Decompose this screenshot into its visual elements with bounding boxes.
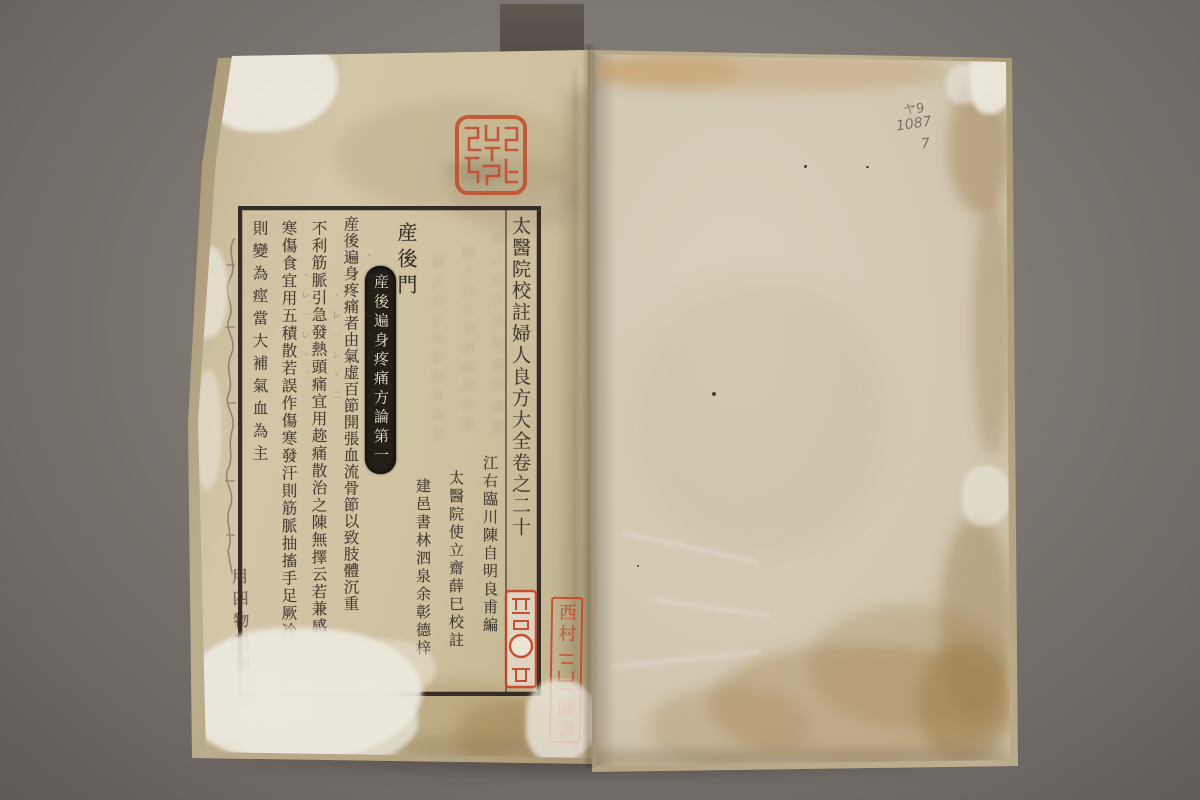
ink-speck: [866, 166, 869, 168]
photo-backdrop: 婦人良方産後論氣血虚 婦人良方産後論氣血虚 婦人良方産後論氣血虚 太醫院校註婦人…: [0, 0, 1200, 800]
byline-author: 江右臨川陳自明良甫編: [482, 455, 497, 635]
right-page: ヤ9 1087 7: [590, 46, 1010, 768]
top-foxing-band: [590, 54, 740, 86]
bottom-stain: [808, 604, 1008, 726]
volume-title: 太醫院校註婦人良方大全卷之二十: [510, 216, 529, 539]
left-page: 婦人良方産後論氣血虚 婦人良方産後論氣血虚 婦人良方産後論氣血虚 太醫院校註婦人…: [196, 40, 592, 762]
reading-marks: ヽ㆑一レ丶二: [299, 270, 308, 390]
edge-stain: [972, 196, 1012, 456]
ink-speck: [804, 165, 807, 168]
wrinkle: [610, 650, 759, 669]
section-heading: 産後門: [396, 222, 416, 300]
ink-speck: [637, 565, 639, 567]
gutter-seal-top-text: 西村: [556, 603, 575, 645]
chapter-title: 産後遍身疼痛方論第一: [373, 274, 388, 474]
ink-speck: [712, 392, 716, 396]
body-column-4: 則變為痙當大補氣血為主: [251, 220, 267, 468]
byline-editor: 太醫院使立齋薛巳校註: [448, 470, 463, 650]
cover-title-slip-tab: [500, 4, 584, 58]
pencil-mark-number: 1087: [895, 114, 933, 135]
reading-marks: ヽ㆑一レ丶二: [330, 290, 339, 410]
wrinkle: [650, 598, 769, 618]
small-rect-seal: [504, 589, 538, 689]
reading-marks: ヽ㆑一レ丶二: [362, 250, 371, 370]
worn-patch: [962, 466, 1012, 526]
center-pale-stain: [630, 276, 890, 556]
square-collector-seal: [454, 114, 528, 196]
body-column-3: 寒傷食宜用五積散若誤作傷寒發汗則筋脈抽搐手足厥冷: [280, 220, 296, 640]
body-column-1: 産後遍身疼痛者由氣虚百節開張血流骨節以致肢體沉重: [342, 216, 358, 612]
spine-gutter-shadow: [582, 44, 598, 768]
byline-publisher: 建邑書林泗泉余彰德梓: [415, 478, 430, 658]
body-column-2: 不利筋脈引急發熱頭痛宜用趂痛散治之陳無擇云若兼感: [310, 220, 326, 635]
pencil-mark-page: 7: [920, 136, 931, 153]
